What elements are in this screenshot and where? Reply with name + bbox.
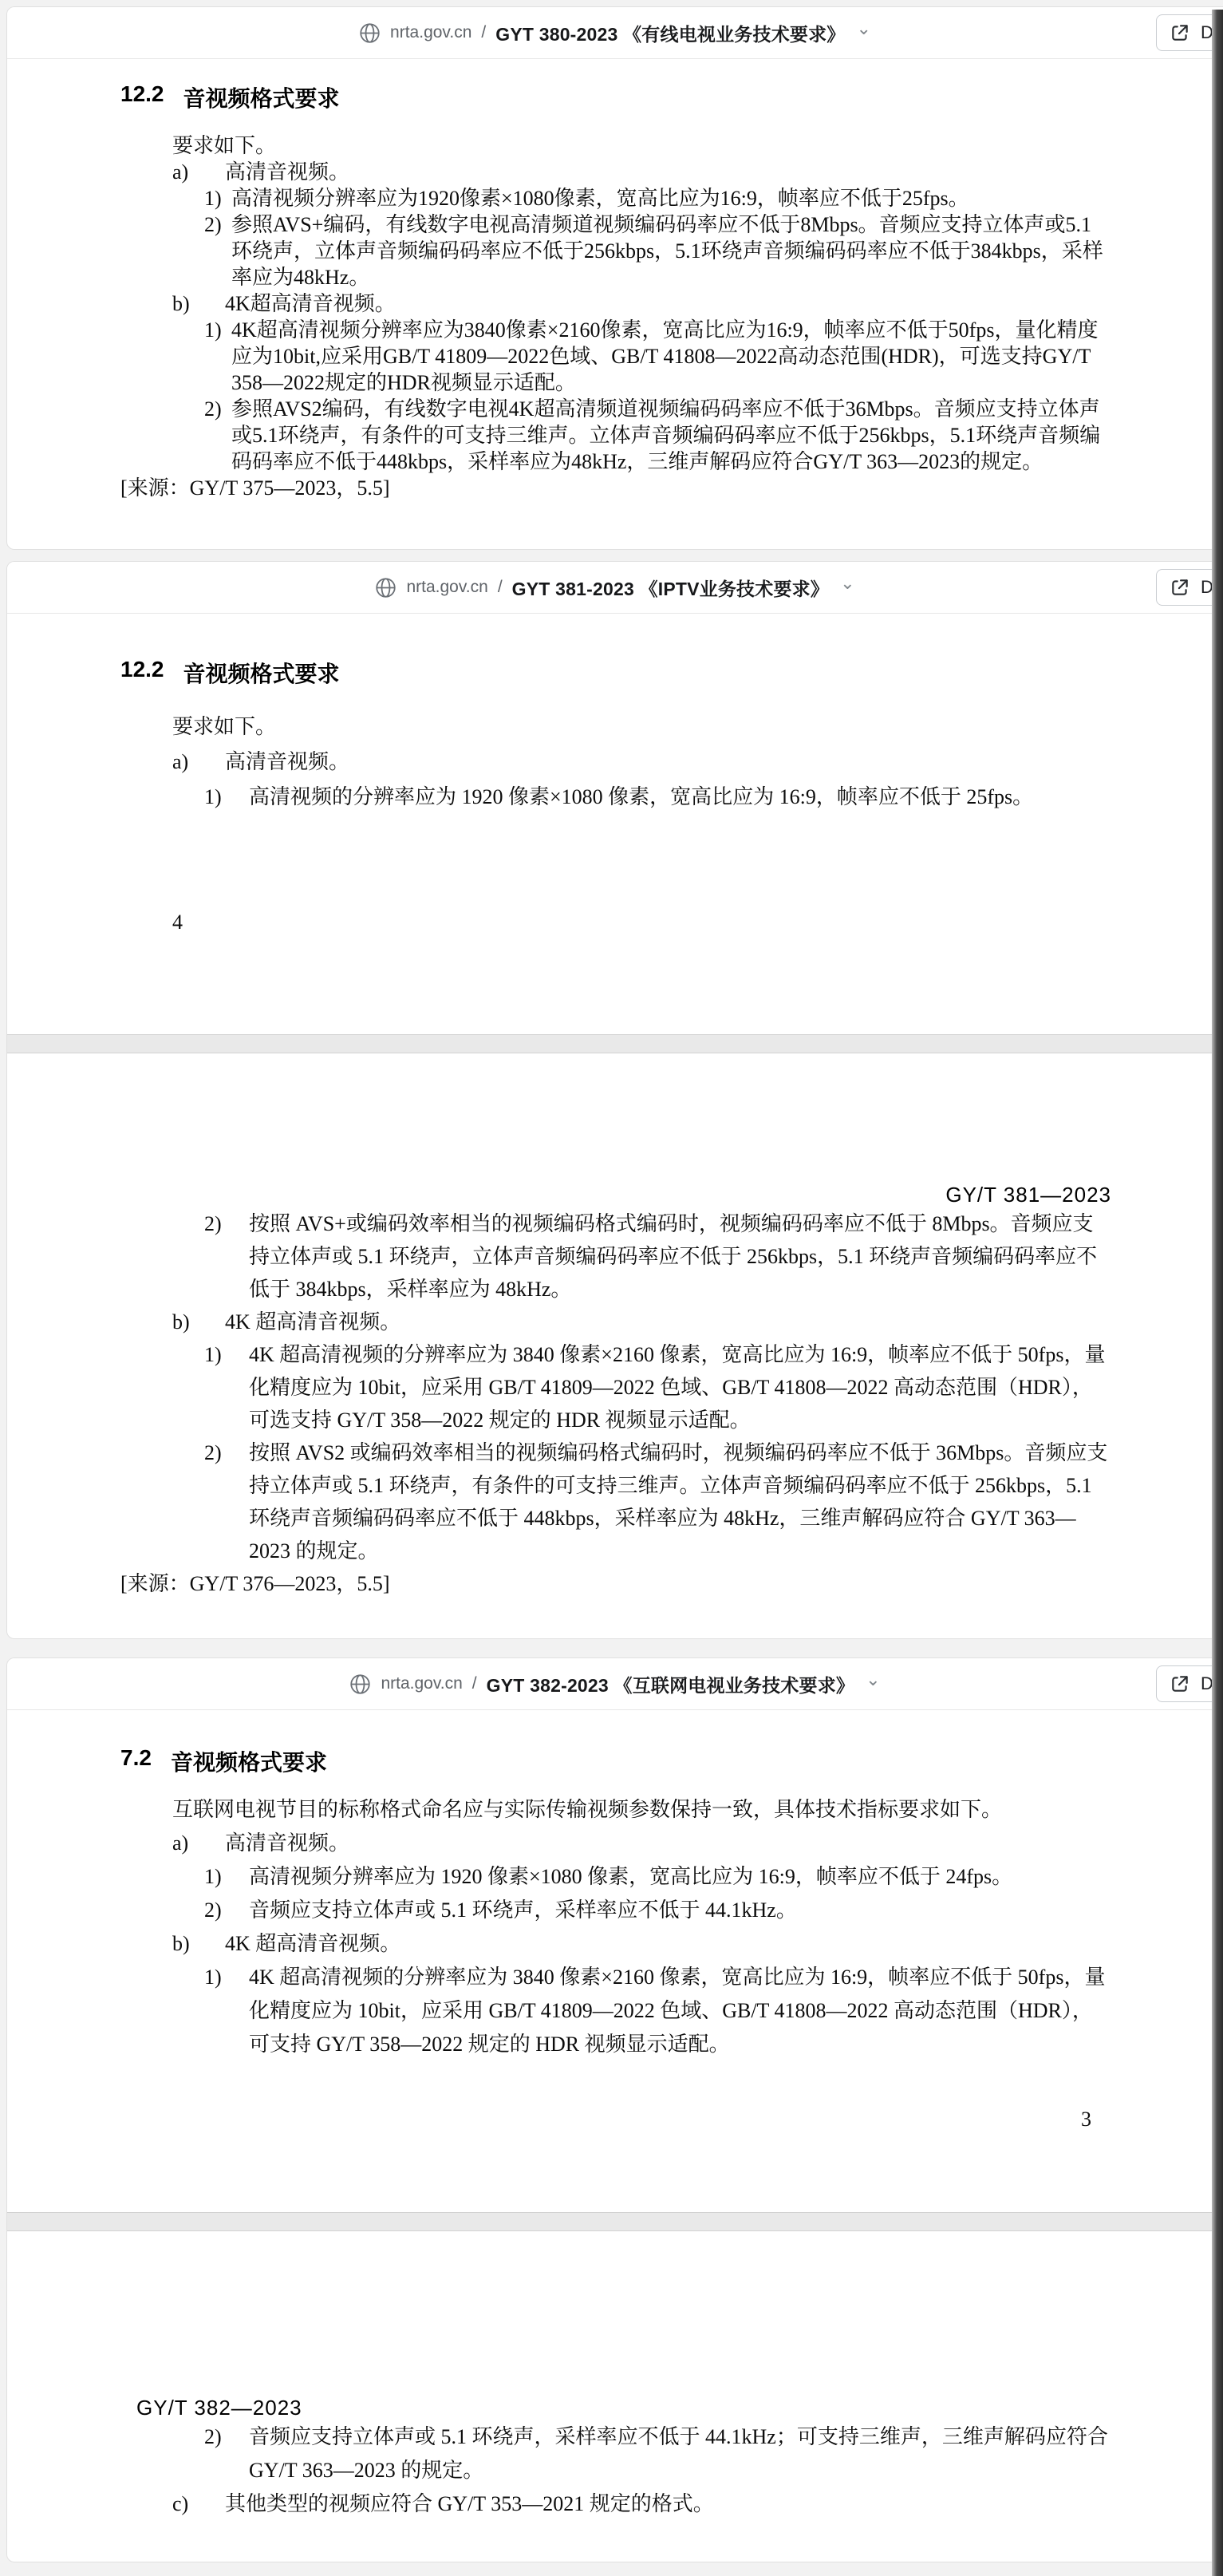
list-text: 高清视频的分辨率应为 1920 像素×1080 像素，宽高比应为 16:9，帧率…: [249, 780, 1033, 815]
list-text: 其他类型的视频应符合 GY/T 353—2021 规定的格式。: [225, 2487, 714, 2521]
list-marker: 2): [204, 211, 231, 290]
source-breadcrumb: nrta.gov.cn / GYT 381-2023 《IPTV业务技术要求》 …: [375, 575, 854, 601]
heading-number: 7.2: [120, 1745, 152, 1777]
list-item: 2)参照AVS2编码，有线数字电视4K超高清频道视频编码码率应不低于36Mbps…: [204, 396, 1111, 475]
list-text: 音频应支持立体声或 5.1 环绕声，采样率应不低于 44.1kHz。: [249, 1894, 797, 1927]
domain-label: nrta.gov.cn: [381, 1674, 462, 1693]
document-title: GYT 382-2023 《互联网电视业务技术要求》: [487, 1671, 854, 1697]
list-item: a)高清音视频。: [172, 159, 1111, 185]
list-item: 2)参照AVS+编码，有线数字电视高清频道视频编码码率应不低于8Mbps。音频应…: [204, 211, 1111, 290]
list-text: 音频应支持立体声或 5.1 环绕声，采样率应不低于 44.1kHz；可支持三维声…: [249, 2420, 1111, 2487]
page-number: 4: [172, 911, 1111, 934]
breadcrumb-separator: /: [498, 578, 503, 597]
panel-header: nrta.gov.cn / GYT 380-2023 《有线电视业务技术要求》 …: [7, 7, 1223, 59]
intro-paragraph: 要求如下。: [172, 709, 1111, 745]
chevron-down-icon: ⌄: [857, 25, 871, 33]
list-item: 1)4K 超高清视频的分辨率应为 3840 像素×2160 像素，宽高比应为 1…: [204, 1961, 1111, 2061]
list-item: 2)音频应支持立体声或 5.1 环绕声，采样率应不低于 44.1kHz。: [204, 1894, 1111, 1927]
document-title: GYT 380-2023 《有线电视业务技术要求》: [495, 20, 845, 46]
panel-header: nrta.gov.cn / GYT 381-2023 《IPTV业务技术要求》 …: [7, 562, 1223, 614]
vertical-scrollbar[interactable]: [1212, 10, 1223, 2576]
globe-icon: [349, 1673, 371, 1695]
list-text: 4K 超高清音视频。: [225, 1306, 400, 1338]
list-text: 4K超高清视频分辨率应为3840像素×2160像素，宽高比应为16:9，帧率应不…: [231, 317, 1111, 396]
section-heading: 12.2 音视频格式要求: [120, 657, 1111, 689]
running-header: GY/T 382—2023: [136, 2396, 1111, 2420]
domain-label: nrta.gov.cn: [406, 578, 487, 597]
list-item: b)4K 超高清音视频。: [172, 1306, 1111, 1338]
list-item: 1)高清视频分辨率应为 1920 像素×1080 像素，宽高比应为 16:9，帧…: [204, 1860, 1111, 1894]
list-item: 1)高清视频的分辨率应为 1920 像素×1080 像素，宽高比应为 16:9，…: [204, 780, 1111, 815]
list-text: 参照AVS2编码，有线数字电视4K超高清频道视频编码码率应不低于36Mbps。音…: [231, 396, 1111, 475]
list-item: 1)高清视频分辨率应为1920像素×1080像素，宽高比应为16:9，帧率应不低…: [204, 185, 1111, 211]
doc-page: GY/T 381—2023 2)按照 AVS+或编码效率相当的视频编码格式编码时…: [7, 1053, 1223, 1639]
list-item: 1)4K 超高清视频的分辨率应为 3840 像素×2160 像素，宽高比应为 1…: [204, 1338, 1111, 1436]
list-marker: 1): [204, 780, 249, 815]
list-marker: 1): [204, 1860, 249, 1894]
document-title-dropdown[interactable]: GYT 381-2023 《IPTV业务技术要求》 ⌄: [512, 575, 855, 601]
list-marker: 2): [204, 1894, 249, 1927]
breadcrumb-separator: /: [472, 1674, 477, 1693]
source-reference: [来源：GY/T 375—2023，5.5]: [120, 475, 1111, 501]
doc-page: GY/T 382—2023 2)音频应支持立体声或 5.1 环绕声，采样率应不低…: [7, 2231, 1223, 2542]
list-text: 4K 超高清视频的分辨率应为 3840 像素×2160 像素，宽高比应为 16:…: [249, 1338, 1111, 1436]
list-marker: b): [172, 1306, 225, 1338]
list-text: 4K 超高清音视频。: [225, 1927, 400, 1961]
section-heading: 7.2 音视频格式要求: [120, 1745, 1111, 1777]
intro-paragraph: 互联网电视节目的标称格式命名应与实际传输视频参数保持一致，具体技术指标要求如下。: [172, 1793, 1111, 1827]
heading-title: 音视频格式要求: [183, 81, 340, 113]
list-item: 2)按照 AVS2 或编码效率相当的视频编码格式编码时，视频编码码率应不低于 3…: [204, 1436, 1111, 1567]
list-text: 参照AVS+编码，有线数字电视高清频道视频编码码率应不低于8Mbps。音频应支持…: [231, 211, 1111, 290]
chevron-down-icon: ⌄: [866, 1676, 880, 1684]
list-item: a)高清音视频。: [172, 745, 1111, 780]
running-header: GY/T 381—2023: [120, 1183, 1111, 1207]
globe-icon: [375, 577, 396, 599]
list-marker: 1): [204, 1961, 249, 2061]
breadcrumb-separator: /: [481, 23, 486, 42]
list-marker: a): [172, 1827, 225, 1860]
list-marker: b): [172, 1927, 225, 1961]
doc-page: 12.2 音视频格式要求 要求如下。 a)高清音视频。 1)高清视频分辨率应为1…: [7, 59, 1223, 501]
list-item: b)4K超高清音视频。: [172, 290, 1111, 317]
list-marker: 2): [204, 396, 231, 475]
document-panel-gyt382: nrta.gov.cn / GYT 382-2023 《互联网电视业务技术要求》…: [6, 1657, 1223, 2562]
document-panel-gyt380: nrta.gov.cn / GYT 380-2023 《有线电视业务技术要求》 …: [6, 6, 1223, 550]
heading-number: 12.2: [120, 81, 164, 113]
domain-label: nrta.gov.cn: [390, 23, 471, 42]
list-text: 高清视频分辨率应为 1920 像素×1080 像素，宽高比应为 16:9，帧率应…: [249, 1860, 1012, 1894]
list-text: 按照 AVS+或编码效率相当的视频编码格式编码时，视频编码码率应不低于 8Mbp…: [249, 1207, 1111, 1306]
list-marker: c): [172, 2487, 225, 2521]
document-title-dropdown[interactable]: GYT 382-2023 《互联网电视业务技术要求》 ⌄: [487, 1671, 881, 1697]
list-item: b)4K 超高清音视频。: [172, 1927, 1111, 1961]
doc-page: 12.2 音视频格式要求 要求如下。 a)高清音视频。 1)高清视频的分辨率应为…: [7, 614, 1223, 1034]
page-break: [7, 1034, 1223, 1053]
list-item: a)高清音视频。: [172, 1827, 1111, 1860]
heading-title: 音视频格式要求: [183, 657, 340, 689]
list-marker: 1): [204, 1338, 249, 1436]
external-link-icon: [1170, 577, 1190, 598]
list-marker: b): [172, 290, 225, 317]
doc-page: 7.2 音视频格式要求 互联网电视节目的标称格式命名应与实际传输视频参数保持一致…: [7, 1710, 1223, 2212]
heading-number: 12.2: [120, 657, 164, 689]
page-number: 3: [120, 2108, 1091, 2132]
panel-header: nrta.gov.cn / GYT 382-2023 《互联网电视业务技术要求》…: [7, 1658, 1223, 1710]
list-text: 高清音视频。: [225, 159, 349, 185]
list-marker: a): [172, 745, 225, 780]
list-item: 1)4K超高清视频分辨率应为3840像素×2160像素，宽高比应为16:9，帧率…: [204, 317, 1111, 396]
external-link-icon: [1170, 22, 1190, 43]
list-marker: a): [172, 159, 225, 185]
list-text: 高清音视频。: [225, 745, 349, 780]
section-heading: 12.2 音视频格式要求: [120, 81, 1111, 113]
list-text: 4K超高清音视频。: [225, 290, 396, 317]
list-marker: 1): [204, 185, 231, 211]
chevron-down-icon: ⌄: [840, 579, 854, 587]
document-panel-gyt381: nrta.gov.cn / GYT 381-2023 《IPTV业务技术要求》 …: [6, 561, 1223, 1639]
globe-icon: [359, 22, 381, 44]
list-marker: 2): [204, 2420, 249, 2487]
source-reference: [来源：GY/T 376—2023，5.5]: [120, 1567, 1111, 1600]
list-text: 4K 超高清视频的分辨率应为 3840 像素×2160 像素，宽高比应为 16:…: [249, 1961, 1111, 2061]
list-item: 2)按照 AVS+或编码效率相当的视频编码格式编码时，视频编码码率应不低于 8M…: [204, 1207, 1111, 1306]
list-text: 高清音视频。: [225, 1827, 349, 1860]
source-breadcrumb: nrta.gov.cn / GYT 380-2023 《有线电视业务技术要求》 …: [359, 20, 871, 46]
list-item: c)其他类型的视频应符合 GY/T 353—2021 规定的格式。: [172, 2487, 1111, 2521]
document-title: GYT 381-2023 《IPTV业务技术要求》: [512, 575, 829, 601]
list-text: 按照 AVS2 或编码效率相当的视频编码格式编码时，视频编码码率应不低于 36M…: [249, 1436, 1111, 1567]
list-item: 2)音频应支持立体声或 5.1 环绕声，采样率应不低于 44.1kHz；可支持三…: [204, 2420, 1111, 2487]
source-breadcrumb: nrta.gov.cn / GYT 382-2023 《互联网电视业务技术要求》…: [349, 1671, 880, 1697]
heading-title: 音视频格式要求: [171, 1745, 327, 1777]
external-link-icon: [1170, 1673, 1190, 1694]
document-title-dropdown[interactable]: GYT 380-2023 《有线电视业务技术要求》 ⌄: [495, 20, 871, 46]
list-marker: 2): [204, 1436, 249, 1567]
list-marker: 1): [204, 317, 231, 396]
list-marker: 2): [204, 1207, 249, 1306]
intro-paragraph: 要求如下。: [172, 132, 1111, 159]
list-text: 高清视频分辨率应为1920像素×1080像素，宽高比应为16:9，帧率应不低于2…: [231, 185, 969, 211]
page-break: [7, 2212, 1223, 2231]
